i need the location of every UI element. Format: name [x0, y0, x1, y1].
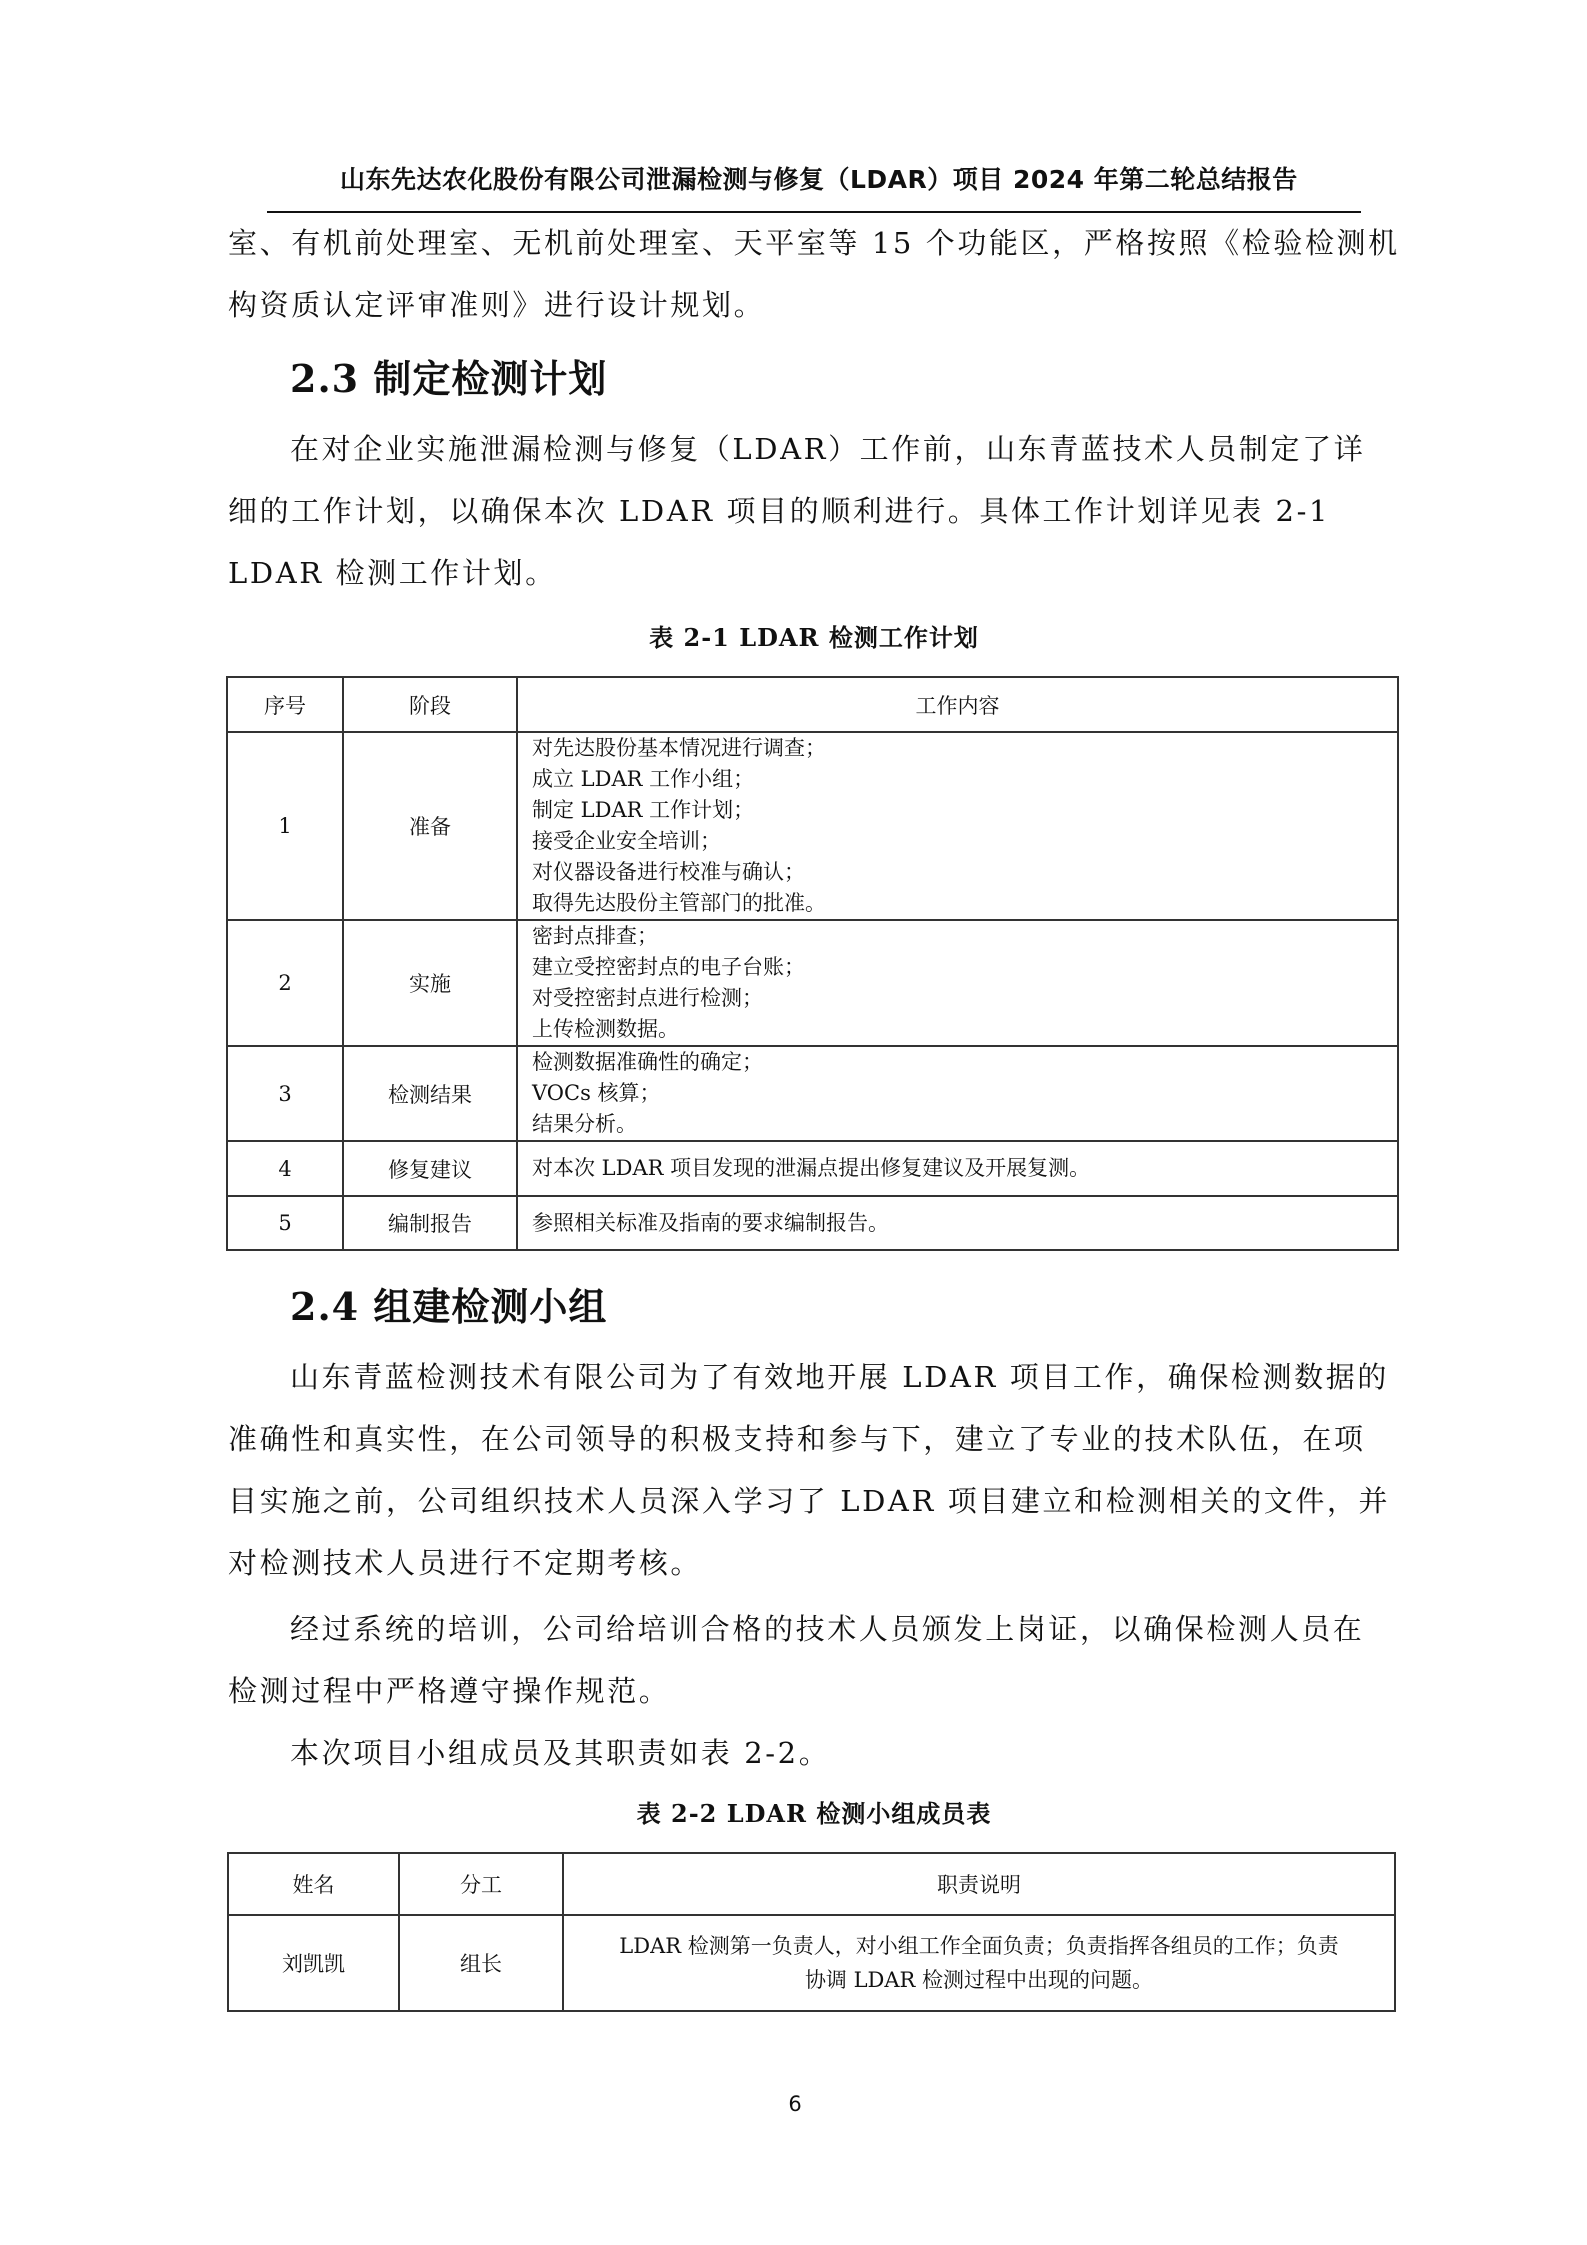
row-content: 对本次 LDAR 项目发现的泄漏点提出修复建议及开展复测。	[517, 1141, 1398, 1196]
header-cell: 序号	[227, 677, 343, 732]
content-item: 上传检测数据。	[532, 1014, 1397, 1045]
duty-line: LDAR 检测第一负责人，对小组工作全面负责；负责指挥各组员的工作；负责	[572, 1929, 1386, 1963]
table-row: 1 准备 对先达股份基本情况进行调查； 成立 LDAR 工作小组； 制定 LDA…	[227, 732, 1398, 920]
content-item: 制定 LDAR 工作计划；	[532, 795, 1397, 826]
content-item: 对本次 LDAR 项目发现的泄漏点提出修复建议及开展复测。	[532, 1153, 1397, 1184]
row-stage: 编制报告	[343, 1196, 517, 1250]
content-item: 参照相关标准及指南的要求编制报告。	[532, 1208, 1397, 1239]
table-row: 刘凯凯 组长 LDAR 检测第一负责人，对小组工作全面负责；负责指挥各组员的工作…	[228, 1915, 1395, 2011]
row-content: 检测数据准确性的确定； VOCs 核算； 结果分析。	[517, 1046, 1398, 1141]
section-2-3-paragraph: 在对企业实施泄漏检测与修复（LDAR）工作前，山东青蓝技术人员制定了详 细的工作…	[228, 418, 1400, 604]
header-cell: 分工	[399, 1853, 563, 1915]
content-item: 建立受控密封点的电子台账；	[532, 952, 1397, 983]
content-item: 对先达股份基本情况进行调查；	[532, 733, 1397, 764]
page-number: 6	[770, 2092, 820, 2116]
table-2-1-caption: 表 2-1 LDAR 检测工作计划	[228, 618, 1400, 653]
table-row: 5 编制报告 参照相关标准及指南的要求编制报告。	[227, 1196, 1398, 1250]
table-row: 3 检测结果 检测数据准确性的确定； VOCs 核算； 结果分析。	[227, 1046, 1398, 1141]
table-header-row: 序号 阶段 工作内容	[227, 677, 1398, 732]
member-role: 组长	[399, 1915, 563, 2011]
member-name: 刘凯凯	[228, 1915, 399, 2011]
table-2-2-caption: 表 2-2 LDAR 检测小组成员表	[228, 1794, 1400, 1829]
content-item: 成立 LDAR 工作小组；	[532, 764, 1397, 795]
text-line: 目实施之前，公司组织技术人员深入学习了 LDAR 项目建立和检测相关的文件，并	[228, 1470, 1400, 1532]
row-content: 对先达股份基本情况进行调查； 成立 LDAR 工作小组； 制定 LDAR 工作计…	[517, 732, 1398, 920]
duty-line: 协调 LDAR 检测过程中出现的问题。	[572, 1963, 1386, 1997]
text-line: LDAR 检测工作计划。	[228, 542, 1400, 604]
text-line: 细的工作计划，以确保本次 LDAR 项目的顺利进行。具体工作计划详见表 2-1	[228, 480, 1400, 542]
member-duties: LDAR 检测第一负责人，对小组工作全面负责；负责指挥各组员的工作；负责 协调 …	[563, 1915, 1395, 2011]
section-2-4-paragraph-3: 本次项目小组成员及其职责如表 2-2。	[228, 1722, 1400, 1784]
table-header-row: 姓名 分工 职责说明	[228, 1853, 1395, 1915]
header-cell: 工作内容	[517, 677, 1398, 732]
row-number: 1	[227, 732, 343, 920]
intro-continuation: 室、有机前处理室、无机前处理室、天平室等 15 个功能区，严格按照《检验检测机 …	[228, 212, 1400, 336]
header-cell: 职责说明	[563, 1853, 1395, 1915]
running-header: 山东先达农化股份有限公司泄漏检测与修复（LDAR）项目 2024 年第二轮总结报…	[340, 160, 1360, 196]
section-heading-2-4: 2.4 组建检测小组	[290, 1276, 607, 1331]
text-line: 准确性和真实性，在公司领导的积极支持和参与下，建立了专业的技术队伍，在项	[228, 1408, 1400, 1470]
text-line: 山东青蓝检测技术有限公司为了有效地开展 LDAR 项目工作，确保检测数据的	[228, 1346, 1400, 1408]
content-item: 结果分析。	[532, 1109, 1397, 1140]
content-item: 密封点排查；	[532, 921, 1397, 952]
row-stage: 实施	[343, 920, 517, 1046]
row-number: 5	[227, 1196, 343, 1250]
row-stage: 修复建议	[343, 1141, 517, 1196]
section-2-4-paragraph-2: 经过系统的培训，公司给培训合格的技术人员颁发上岗证，以确保检测人员在 检测过程中…	[228, 1598, 1400, 1722]
row-content: 密封点排查； 建立受控密封点的电子台账； 对受控密封点进行检测； 上传检测数据。	[517, 920, 1398, 1046]
section-2-4-paragraph-1: 山东青蓝检测技术有限公司为了有效地开展 LDAR 项目工作，确保检测数据的 准确…	[228, 1346, 1400, 1594]
text-line: 对检测技术人员进行不定期考核。	[228, 1532, 1400, 1594]
row-number: 4	[227, 1141, 343, 1196]
content-item: VOCs 核算；	[532, 1078, 1397, 1109]
section-heading-2-3: 2.3 制定检测计划	[290, 348, 607, 403]
content-item: 接受企业安全培训；	[532, 826, 1397, 857]
row-number: 2	[227, 920, 343, 1046]
text-line: 经过系统的培训，公司给培训合格的技术人员颁发上岗证，以确保检测人员在	[228, 1598, 1400, 1660]
text-line: 室、有机前处理室、无机前处理室、天平室等 15 个功能区，严格按照《检验检测机	[228, 212, 1400, 274]
content-item: 对受控密封点进行检测；	[532, 983, 1397, 1014]
text-line: 构资质认定评审准则》进行设计规划。	[228, 274, 1400, 336]
row-stage: 检测结果	[343, 1046, 517, 1141]
table-row: 4 修复建议 对本次 LDAR 项目发现的泄漏点提出修复建议及开展复测。	[227, 1141, 1398, 1196]
row-content: 参照相关标准及指南的要求编制报告。	[517, 1196, 1398, 1250]
work-plan-table: 序号 阶段 工作内容 1 准备 对先达股份基本情况进行调查； 成立 LDAR 工…	[226, 676, 1399, 1251]
content-item: 取得先达股份主管部门的批准。	[532, 888, 1397, 919]
text-line: 在对企业实施泄漏检测与修复（LDAR）工作前，山东青蓝技术人员制定了详	[228, 418, 1400, 480]
text-line: 本次项目小组成员及其职责如表 2-2。	[228, 1722, 1400, 1784]
content-item: 对仪器设备进行校准与确认；	[532, 857, 1397, 888]
row-stage: 准备	[343, 732, 517, 920]
header-cell: 姓名	[228, 1853, 399, 1915]
text-line: 检测过程中严格遵守操作规范。	[228, 1660, 1400, 1722]
team-members-table: 姓名 分工 职责说明 刘凯凯 组长 LDAR 检测第一负责人，对小组工作全面负责…	[227, 1852, 1396, 2012]
row-number: 3	[227, 1046, 343, 1141]
table-row: 2 实施 密封点排查； 建立受控密封点的电子台账； 对受控密封点进行检测； 上传…	[227, 920, 1398, 1046]
header-cell: 阶段	[343, 677, 517, 732]
content-item: 检测数据准确性的确定；	[532, 1047, 1397, 1078]
